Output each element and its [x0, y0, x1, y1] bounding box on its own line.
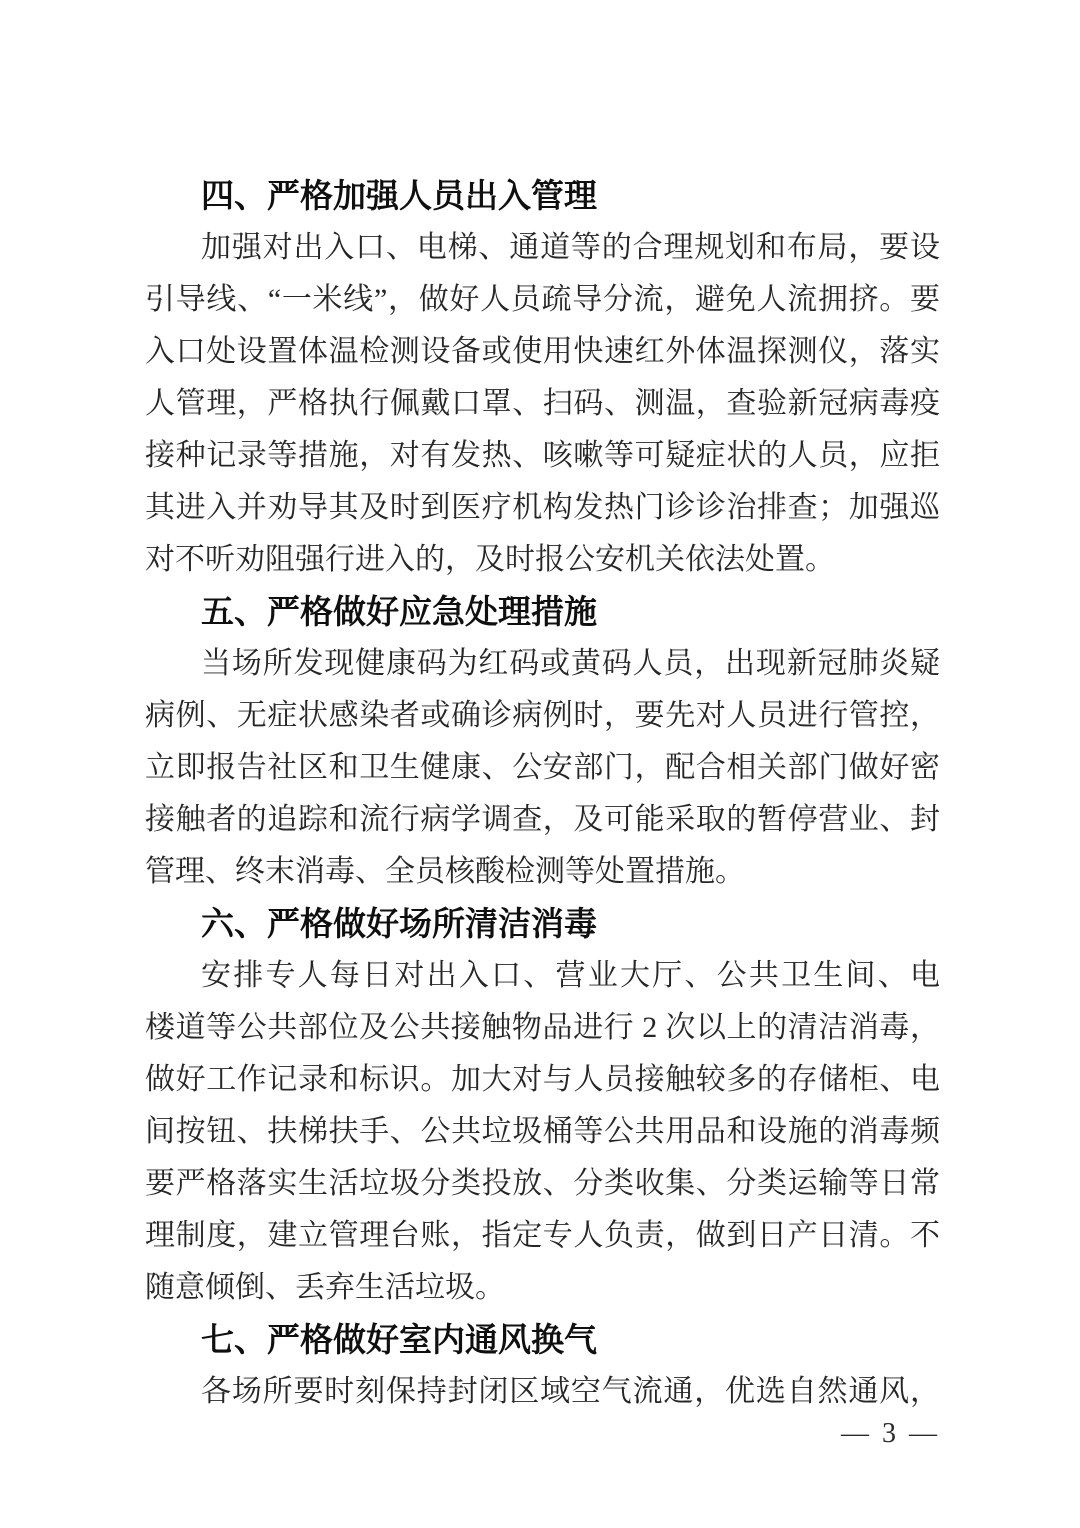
section-heading: 六、严格做好场所清洁消毒: [145, 898, 940, 950]
document-body: 四、严格加强人员出入管理加强对出入口、电梯、通道等的合理规划和布局，要设置引导线…: [145, 170, 940, 1418]
text-line: 立即报告社区和卫生健康、公安部门，配合相关部门做好密切: [145, 742, 940, 794]
text-line: 安排专人每日对出入口、营业大厅、公共卫生间、电梯、: [145, 950, 940, 1002]
text-line: 做好工作记录和标识。加大对与人员接触较多的存储柜、电梯: [145, 1054, 940, 1106]
section-heading: 五、严格做好应急处理措施: [145, 586, 940, 638]
text-line: 间按钮、扶梯扶手、公共垃圾桶等公共用品和设施的消毒频次。: [145, 1106, 940, 1158]
text-line: 接种记录等措施，对有发热、咳嗽等可疑症状的人员，应拒绝: [145, 430, 940, 482]
text-line: 理制度，建立管理台账，指定专人负责，做到日产日清。不得: [145, 1210, 940, 1262]
text-line: 楼道等公共部位及公共接触物品进行 2 次以上的清洁消毒，并: [145, 1002, 940, 1054]
text-line: 当场所发现健康码为红码或黄码人员，出现新冠肺炎疑似: [145, 638, 940, 690]
section-heading: 四、严格加强人员出入管理: [145, 170, 940, 222]
text-line: 要严格落实生活垃圾分类投放、分类收集、分类运输等日常管: [145, 1158, 940, 1210]
text-line: 管理、终末消毒、全员核酸检测等处置措施。: [145, 846, 940, 898]
text-line: 人管理，严格执行佩戴口罩、扫码、测温，查验新冠病毒疫苗: [145, 378, 940, 430]
text-line: 引导线、“一米线”，做好人员疏导分流，避免人流拥挤。要在: [145, 274, 940, 326]
text-line: 加强对出入口、电梯、通道等的合理规划和布局，要设置: [145, 222, 940, 274]
text-line: 其进入并劝导其及时到医疗机构发热门诊诊治排查；加强巡查，: [145, 482, 940, 534]
text-line: 病例、无症状感染者或确诊病例时，要先对人员进行管控，并: [145, 690, 940, 742]
text-line: 入口处设置体温检测设备或使用快速红外体温探测仪，落实专: [145, 326, 940, 378]
text-line: 随意倾倒、丢弃生活垃圾。: [145, 1262, 940, 1314]
document-page: 四、严格加强人员出入管理加强对出入口、电梯、通道等的合理规划和布局，要设置引导线…: [0, 0, 1080, 1528]
page-number: — 3 —: [145, 1408, 940, 1460]
text-line: 对不听劝阻强行进入的，及时报公安机关依法处置。: [145, 534, 940, 586]
text-line: 接触者的追踪和流行病学调查，及可能采取的暂停营业、封闭: [145, 794, 940, 846]
section-heading: 七、严格做好室内通风换气: [145, 1314, 940, 1366]
